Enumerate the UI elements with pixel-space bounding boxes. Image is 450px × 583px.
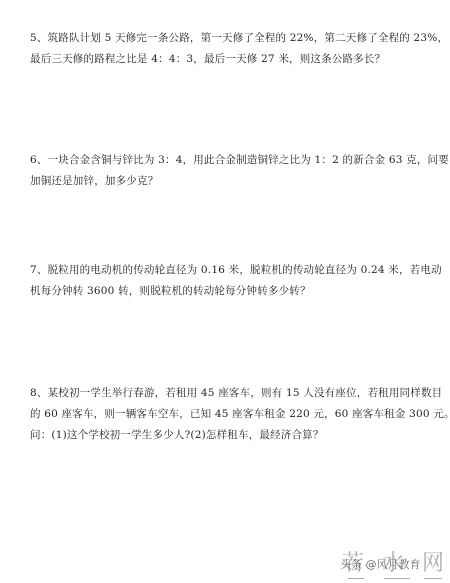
problem-5-line-2: 最后三天修的路程之比是 4：4：3，最后一天修 27 米，则这条公路多长？ <box>30 49 425 70</box>
problem-5: 5、筑路队计划 5 天修完一条公路，第一天修了全程的 22%，第二天修了全程的 … <box>30 28 425 70</box>
watermark-dash-3 <box>424 578 442 579</box>
watermark: 若 水 网 头条 @风月教育 <box>336 546 450 583</box>
problem-7-line-2: 机每分钟转 3600 转，则脱粒机的转动轮每分钟转多少转？ <box>30 281 425 302</box>
problem-6-line-1: 6、一块合金含铜与锌比为 3：4，用此合金制造铜锌之比为 1：2 的新合金 63… <box>30 150 425 171</box>
problem-7-line-1: 7、脱粒用的电动机的传动轮直径为 0.16 米，脱粒机的传动轮直径为 0.24 … <box>30 260 425 281</box>
watermark-char-3: 网 <box>422 546 444 577</box>
watermark-source-text: 头条 @风月教育 <box>340 556 421 572</box>
problem-8-line-2: 的 60 座客车，则一辆客车空车，已知 45 座客车租金 220 元，60 座客… <box>30 404 425 425</box>
problem-8: 8、某校初一学生举行春游，若租用 45 座客车，则有 15 人没有座位，若租用同… <box>30 383 425 446</box>
watermark-dash-2 <box>384 578 410 579</box>
problem-8-line-1: 8、某校初一学生举行春游，若租用 45 座客车，则有 15 人没有座位，若租用同… <box>30 383 425 404</box>
problem-8-line-3: 问：(1)这个学校初一学生多少人?(2)怎样租车，最经济合算？ <box>30 425 425 446</box>
problem-5-line-1: 5、筑路队计划 5 天修完一条公路，第一天修了全程的 22%，第二天修了全程的 … <box>30 28 425 49</box>
problem-6-line-2: 加铜还是加锌，加多少克？ <box>30 171 425 192</box>
problem-7: 7、脱粒用的电动机的传动轮直径为 0.16 米，脱粒机的传动轮直径为 0.24 … <box>30 260 425 302</box>
problem-6: 6、一块合金含铜与锌比为 3：4，用此合金制造铜锌之比为 1：2 的新合金 63… <box>30 150 425 192</box>
watermark-dash-1 <box>348 578 364 579</box>
